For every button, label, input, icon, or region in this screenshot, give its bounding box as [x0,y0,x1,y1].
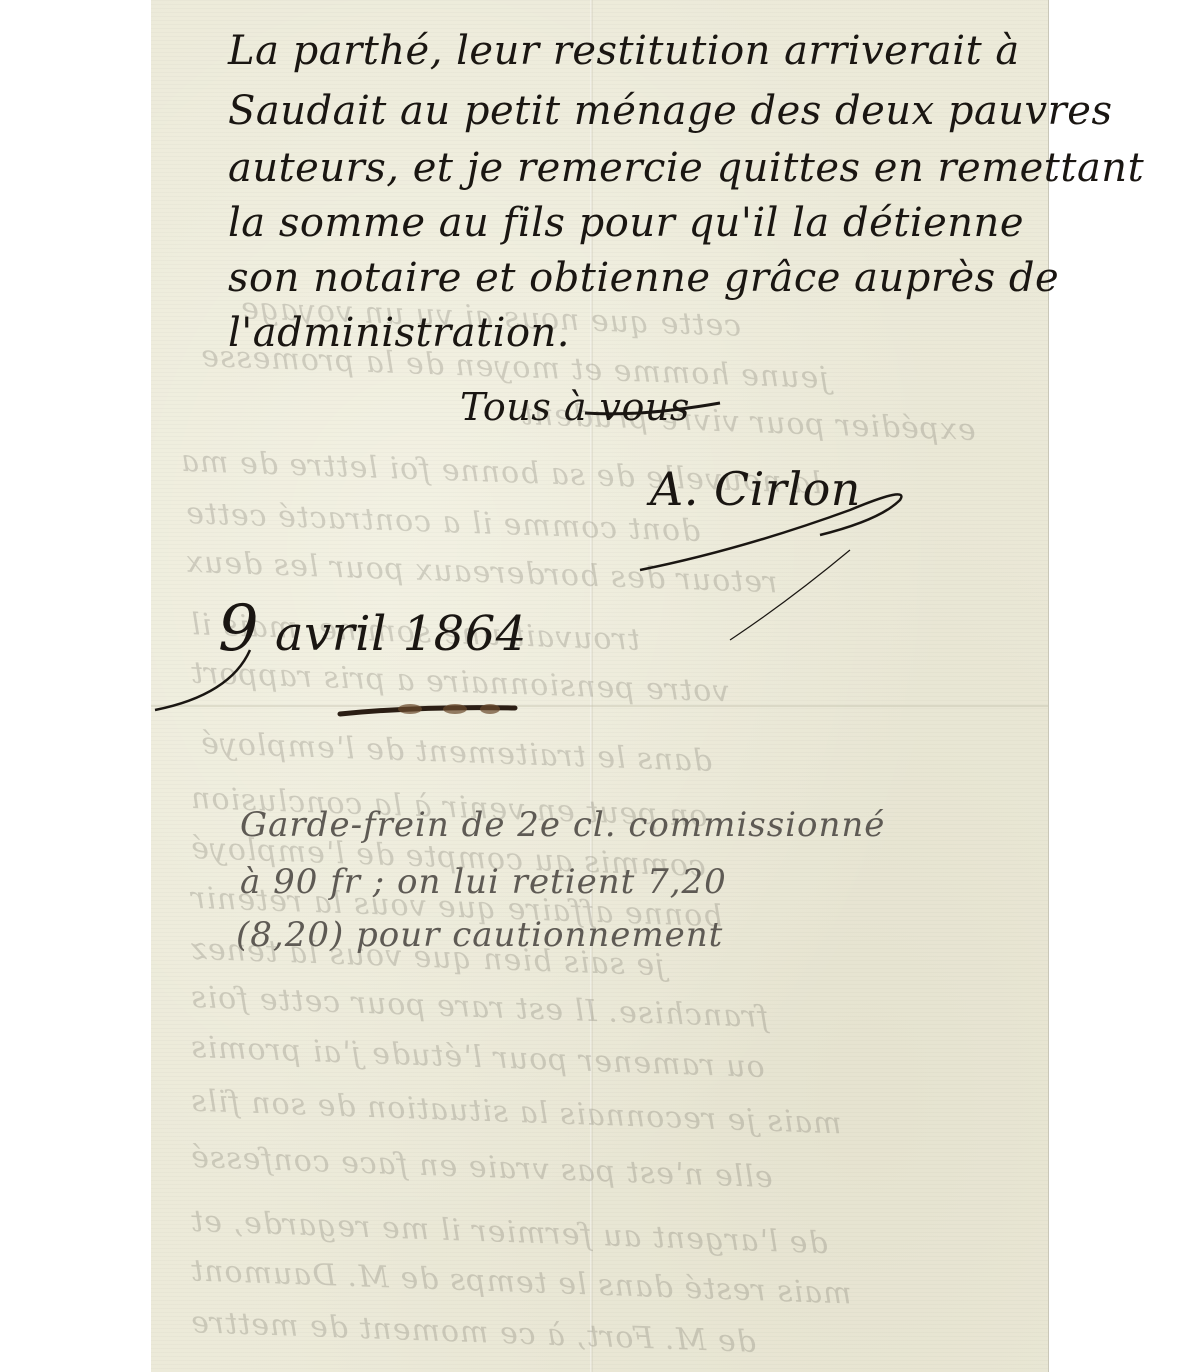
pencil-line: (8,20) pour cautionnement [236,915,723,955]
closing-flourish [580,395,730,425]
signature-flourish [620,480,1040,660]
body-line: Saudait au petit ménage des deux pauvres [228,88,1112,134]
body-line: La parthé, leur restitution arriverait à [228,28,1020,74]
horizontal-fold-crease [151,705,1048,707]
date-month-year: avril 1864 [275,606,527,662]
body-line: son notaire et obtienne grâce auprès de [228,255,1059,301]
body-line: la somme au fils pour qu'il la détienne [228,200,1024,246]
pencil-line: Garde-frein de 2e cl. commissionné [240,805,885,845]
body-line: l'administration. [228,310,570,356]
date-flourish [150,640,270,720]
body-line: auteurs, et je remercie quittes en remet… [228,145,1144,191]
pencil-line: à 90 fr ; on lui retient 7,20 [240,862,727,902]
separator-stroke [330,696,530,726]
